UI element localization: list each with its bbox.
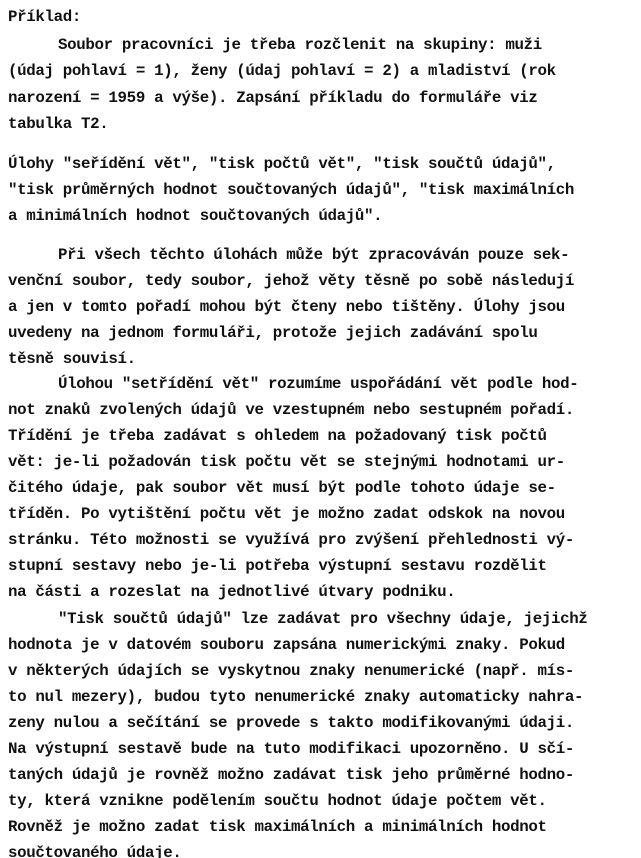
text-line: Rovněž je možno zadat tisk maximálních a… xyxy=(8,817,547,837)
text-line: venční soubor, tedy soubor, jehož věty t… xyxy=(8,271,574,291)
text-line: stupní sestavy nebo je-li potřeba výstup… xyxy=(8,556,547,576)
text-line: "tisk průměrných hodnot součtovaných úda… xyxy=(8,180,574,200)
text-line: (údaj pohlaví = 1), ženy (údaj pohlaví =… xyxy=(8,61,556,81)
text-line: stránku. Této možnosti se využívá pro zv… xyxy=(8,530,574,550)
text-line: zeny nulou a sečítání se provede s takto… xyxy=(8,713,574,733)
text-line: not znaků zvolených údajů ve vzestupném … xyxy=(8,400,574,420)
text-line: a minimálních hodnot součtovaných údajů"… xyxy=(8,206,382,226)
heading: Příklad: xyxy=(8,7,81,27)
text-line: tabulka T2. xyxy=(8,114,108,134)
text-line: Soubor pracovníci je třeba rozčlenit na … xyxy=(58,35,542,55)
text-line: "Tisk součtů údajů" lze zadávat pro všec… xyxy=(58,609,588,629)
text-line: Třídění je třeba zadávat s ohledem na po… xyxy=(8,426,547,446)
text-line: to nul mezery), budou tyto nenumerické z… xyxy=(8,687,583,707)
text-line: Úlohou "setřídění vět" rozumíme uspořádá… xyxy=(58,374,578,394)
text-line: čitého údaje, pak soubor vět musí být po… xyxy=(8,478,556,498)
text-line: v některých údajích se vyskytnou znaky n… xyxy=(8,661,574,681)
text-line: narození = 1959 a výše). Zapsání příklad… xyxy=(8,88,538,108)
text-line: ty, která vznikne podělením součtu hodno… xyxy=(8,791,547,811)
text-line: tříděn. Po vytištění počtu vět je možno … xyxy=(8,504,565,524)
text-line: vět: je-li požadován tisk počtu vět se s… xyxy=(8,452,565,472)
text-line: taných údajů je rovněž možno zadávat tis… xyxy=(8,765,574,785)
text-line: hodnota je v datovém souboru zapsána num… xyxy=(8,635,565,655)
text-line: na části a rozeslat na jednotlivé útvary… xyxy=(8,582,455,602)
text-line: Na výstupní sestavě bude na tuto modifik… xyxy=(8,739,574,759)
text-line: a jen v tomto pořadí mohou být čteny neb… xyxy=(8,297,565,317)
text-line: Při všech těchto úlohách může být zpraco… xyxy=(58,245,569,265)
text-line: uvedeny na jednom formuláři, protože jej… xyxy=(8,323,538,343)
text-line: součtovaného údaje. xyxy=(8,843,181,858)
typewritten-document: Příklad: Soubor pracovníci je třeba rozč… xyxy=(0,0,641,858)
text-line: těsně souvisí. xyxy=(8,349,136,369)
text-line: Úlohy "seřídění vět", "tisk počtů vět", … xyxy=(8,154,556,174)
